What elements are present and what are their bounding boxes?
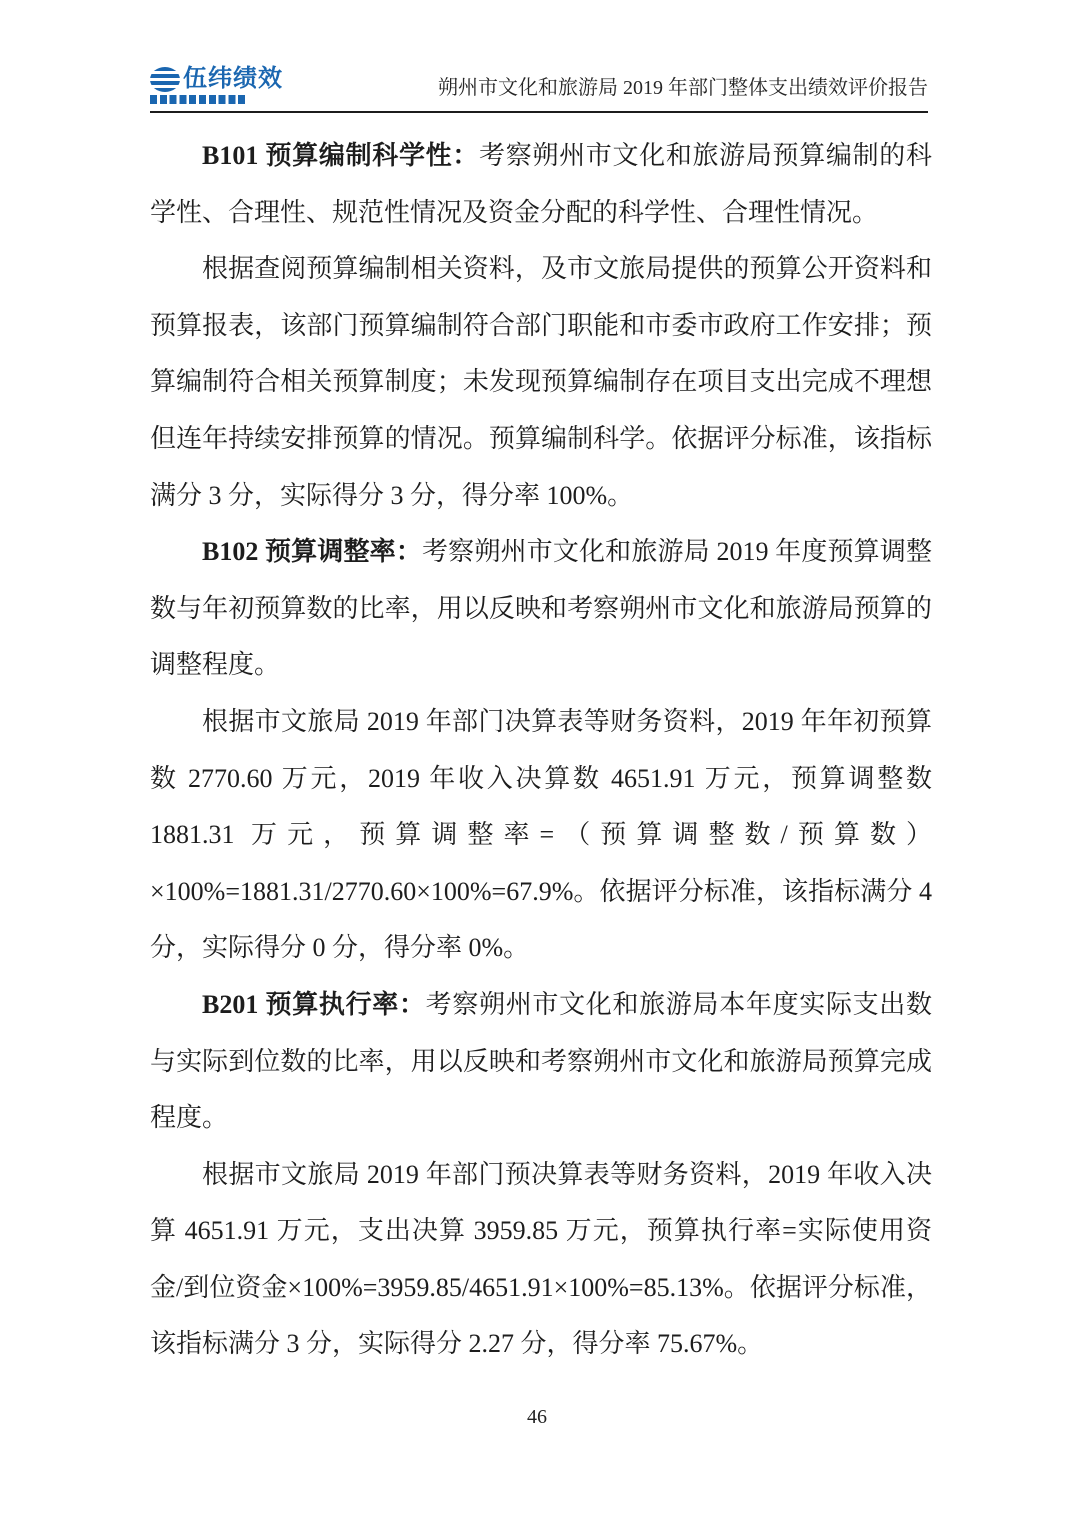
paragraph-b101-definition: B101 预算编制科学性：考察朔州市文化和旅游局预算编制的科学性、合理性、规范性… <box>150 128 932 241</box>
company-logo: 伍纬绩效 <box>150 66 283 104</box>
paragraph-b201-result: 根据市文旅局 2019 年部门预决算表等财务资料，2019 年收入决算 4651… <box>150 1147 932 1373</box>
paragraph-text: 根据市文旅局 2019 年部门预决算表等财务资料，2019 年收入决算 4651… <box>150 1160 932 1359</box>
paragraph-text: 根据市文旅局 2019 年部门决算表等财务资料，2019 年年初预算数 2770… <box>150 707 932 962</box>
logo-square-strip <box>150 95 248 104</box>
header-rule <box>150 111 928 113</box>
document-body: B101 预算编制科学性：考察朔州市文化和旅游局预算编制的科学性、合理性、规范性… <box>150 128 932 1373</box>
logo-row: 伍纬绩效 <box>150 66 283 92</box>
paragraph-lead: B201 预算执行率： <box>202 990 426 1019</box>
paragraph-lead: B101 预算编制科学性： <box>202 141 479 170</box>
paragraph-lead: B102 预算调整率： <box>202 537 422 566</box>
paragraph-b101-result: 根据查阅预算编制相关资料，及市文旅局提供的预算公开资料和预算报表，该部门预算编制… <box>150 241 932 524</box>
logo-text: 伍纬绩效 <box>183 66 283 92</box>
page-header: 伍纬绩效 朔州市文化和旅游局 2019 年部门整体支出绩效评价报告 <box>150 66 928 104</box>
paragraph-b102-definition: B102 预算调整率：考察朔州市文化和旅游局 2019 年度预算调整数与年初预算… <box>150 524 932 694</box>
paragraph-b102-result: 根据市文旅局 2019 年部门决算表等财务资料，2019 年年初预算数 2770… <box>150 694 932 977</box>
document-page: 伍纬绩效 朔州市文化和旅游局 2019 年部门整体支出绩效评价报告 B101 预… <box>0 0 1074 1520</box>
page-number: 46 <box>0 1406 1074 1429</box>
report-title: 朔州市文化和旅游局 2019 年部门整体支出绩效评价报告 <box>438 71 928 104</box>
paragraph-b201-definition: B201 预算执行率：考察朔州市文化和旅游局本年度实际支出数与实际到位数的比率，… <box>150 977 932 1147</box>
globe-stripes-icon <box>150 67 180 92</box>
paragraph-text: 根据查阅预算编制相关资料，及市文旅局提供的预算公开资料和预算报表，该部门预算编制… <box>150 254 932 509</box>
